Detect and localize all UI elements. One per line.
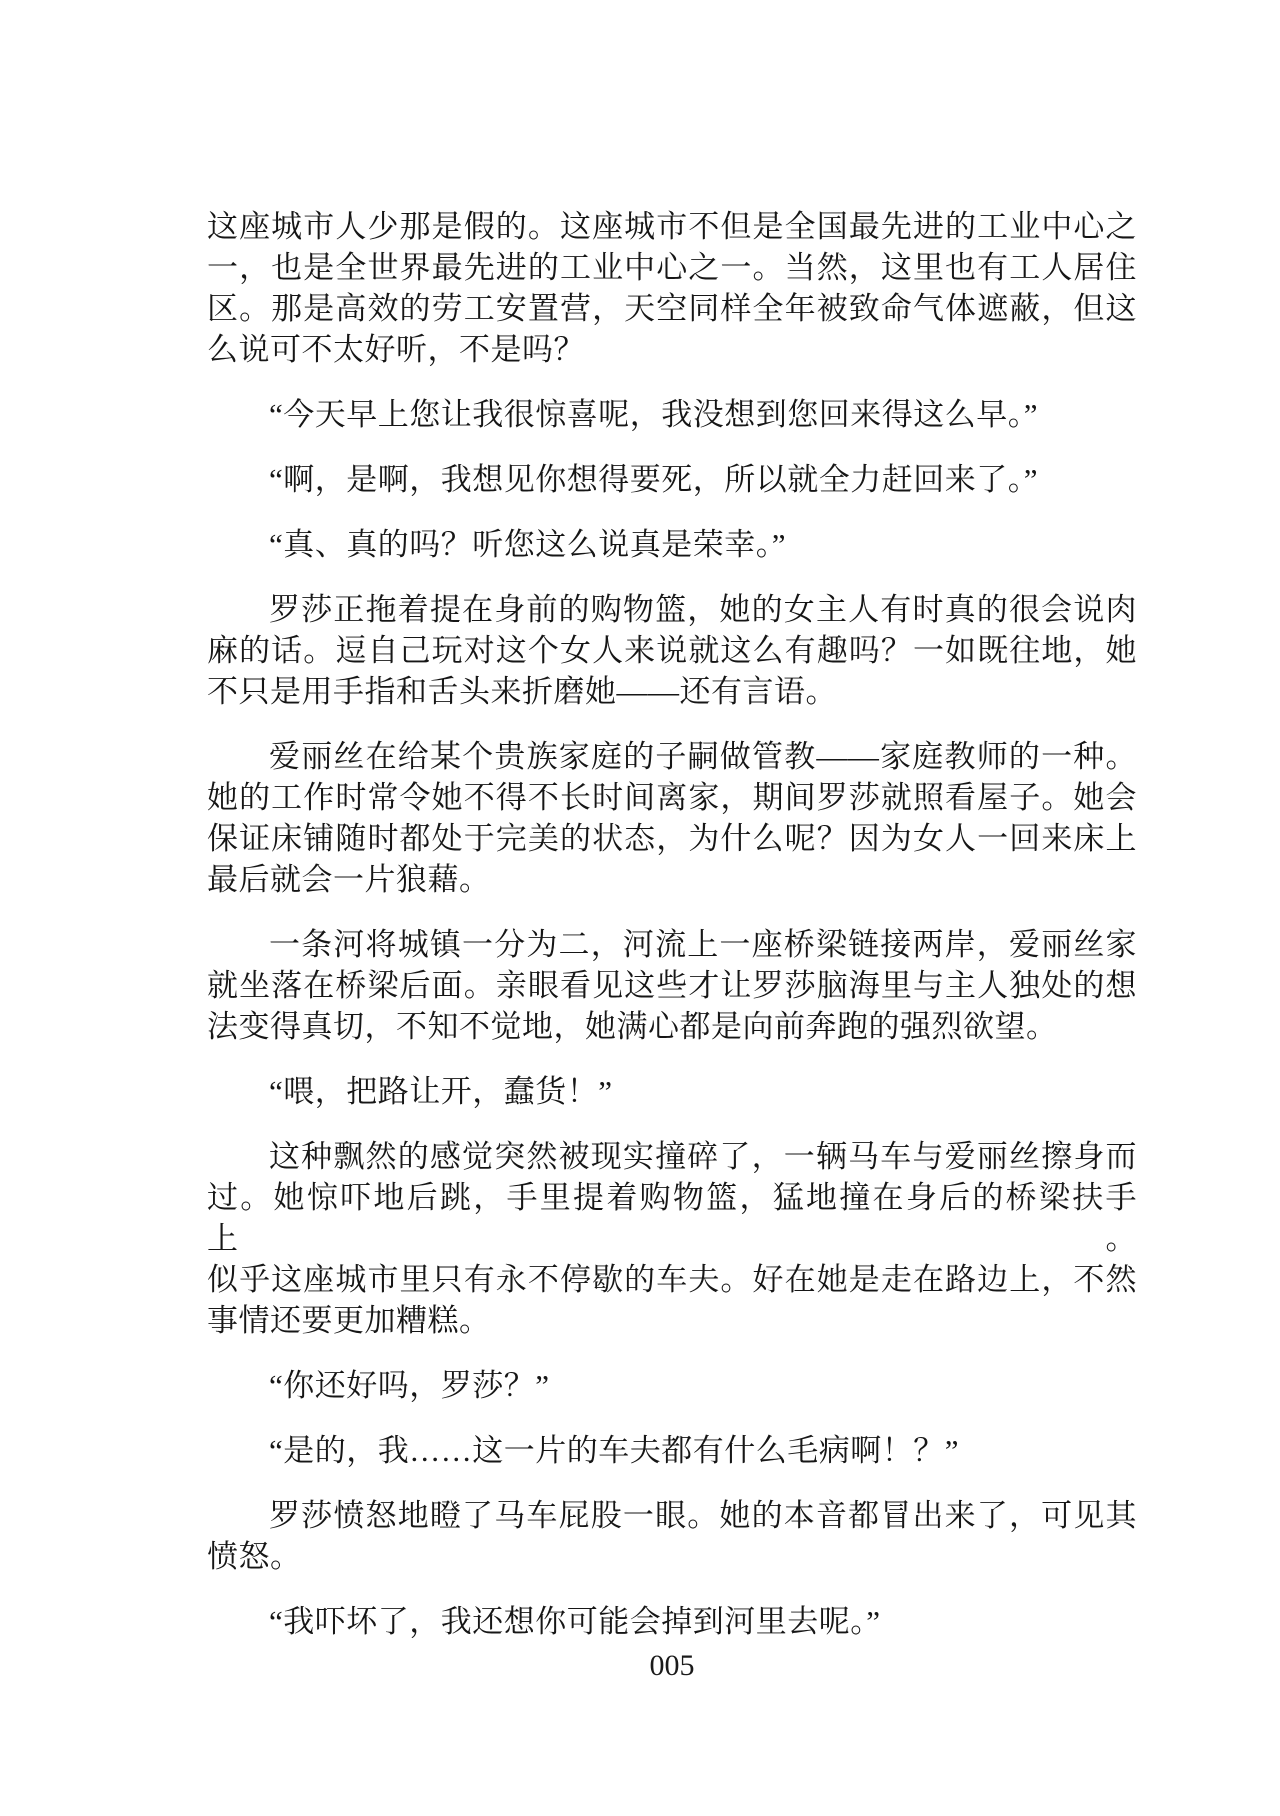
text-line: 她的工作时常令她不得不长时间离家，期间罗莎就照看屋子。她会 <box>207 777 1137 818</box>
text-line: 不只是用手指和舌头来折磨她——还有言语。 <box>207 671 1137 712</box>
text-line: 过。她惊吓地后跳，手里提着购物篮，猛地撞在身后的桥梁扶手上。 <box>207 1177 1137 1259</box>
text-line: 就坐落在桥梁后面。亲眼看见这些才让罗莎脑海里与主人独处的想 <box>207 965 1137 1006</box>
text-line: “是的，我……这一片的车夫都有什么毛病啊！？” <box>207 1430 1137 1471</box>
text-line: 保证床铺随时都处于完美的状态，为什么呢？因为女人一回来床上 <box>207 818 1137 859</box>
paragraph: “我吓坏了，我还想你可能会掉到河里去呢。” <box>207 1601 1137 1642</box>
book-page: 这座城市人少那是假的。这座城市不但是全国最先进的工业中心之一，也是全世界最先进的… <box>0 0 1280 1816</box>
paragraph: 一条河将城镇一分为二，河流上一座桥梁链接两岸，爱丽丝家就坐落在桥梁后面。亲眼看见… <box>207 924 1137 1047</box>
paragraph: “是的，我……这一片的车夫都有什么毛病啊！？” <box>207 1430 1137 1471</box>
text-line: 爱丽丝在给某个贵族家庭的子嗣做管教——家庭教师的一种。 <box>207 736 1137 777</box>
paragraph: “真、真的吗？听您这么说真是荣幸。” <box>207 524 1137 565</box>
text-body: 这座城市人少那是假的。这座城市不但是全国最先进的工业中心之一，也是全世界最先进的… <box>207 206 1137 1666</box>
text-line: 区。那是高效的劳工安置营，天空同样全年被致命气体遮蔽，但这 <box>207 288 1137 329</box>
text-line: “今天早上您让我很惊喜呢，我没想到您回来得这么早。” <box>207 394 1137 435</box>
text-line: “你还好吗，罗莎？” <box>207 1365 1137 1406</box>
text-line: “喂，把路让开，蠢货！” <box>207 1071 1137 1112</box>
paragraph: 罗莎正拖着提在身前的购物篮，她的女主人有时真的很会说肉麻的话。逗自己玩对这个女人… <box>207 589 1137 712</box>
text-line: 么说可不太好听，不是吗？ <box>207 329 1137 370</box>
text-line: 最后就会一片狼藉。 <box>207 859 1137 900</box>
text-line: 罗莎正拖着提在身前的购物篮，她的女主人有时真的很会说肉 <box>207 589 1137 630</box>
text-line: 一条河将城镇一分为二，河流上一座桥梁链接两岸，爱丽丝家 <box>207 924 1137 965</box>
text-line: “我吓坏了，我还想你可能会掉到河里去呢。” <box>207 1601 1137 1642</box>
paragraph: “你还好吗，罗莎？” <box>207 1365 1137 1406</box>
paragraph: “今天早上您让我很惊喜呢，我没想到您回来得这么早。” <box>207 394 1137 435</box>
text-line: “真、真的吗？听您这么说真是荣幸。” <box>207 524 1137 565</box>
text-line: 一，也是全世界最先进的工业中心之一。当然，这里也有工人居住 <box>207 247 1137 288</box>
paragraph: “啊，是啊，我想见你想得要死，所以就全力赶回来了。” <box>207 459 1137 500</box>
text-line: 事情还要更加糟糕。 <box>207 1300 1137 1341</box>
text-line: 愤怒。 <box>207 1536 1137 1577</box>
text-line: 罗莎愤怒地瞪了马车屁股一眼。她的本音都冒出来了，可见其 <box>207 1495 1137 1536</box>
text-line: “啊，是啊，我想见你想得要死，所以就全力赶回来了。” <box>207 459 1137 500</box>
page-number: 005 <box>207 1648 1137 1684</box>
paragraph: 这种飘然的感觉突然被现实撞碎了，一辆马车与爱丽丝擦身而过。她惊吓地后跳，手里提着… <box>207 1136 1137 1341</box>
text-line: 这种飘然的感觉突然被现实撞碎了，一辆马车与爱丽丝擦身而 <box>207 1136 1137 1177</box>
text-line: 法变得真切，不知不觉地，她满心都是向前奔跑的强烈欲望。 <box>207 1006 1137 1047</box>
paragraph: “喂，把路让开，蠢货！” <box>207 1071 1137 1112</box>
text-line: 似乎这座城市里只有永不停歇的车夫。好在她是走在路边上，不然 <box>207 1259 1137 1300</box>
paragraph: 这座城市人少那是假的。这座城市不但是全国最先进的工业中心之一，也是全世界最先进的… <box>207 206 1137 370</box>
paragraph: 罗莎愤怒地瞪了马车屁股一眼。她的本音都冒出来了，可见其愤怒。 <box>207 1495 1137 1577</box>
text-line: 麻的话。逗自己玩对这个女人来说就这么有趣吗？一如既往地，她 <box>207 630 1137 671</box>
text-line: 这座城市人少那是假的。这座城市不但是全国最先进的工业中心之 <box>207 206 1137 247</box>
paragraph: 爱丽丝在给某个贵族家庭的子嗣做管教——家庭教师的一种。她的工作时常令她不得不长时… <box>207 736 1137 900</box>
